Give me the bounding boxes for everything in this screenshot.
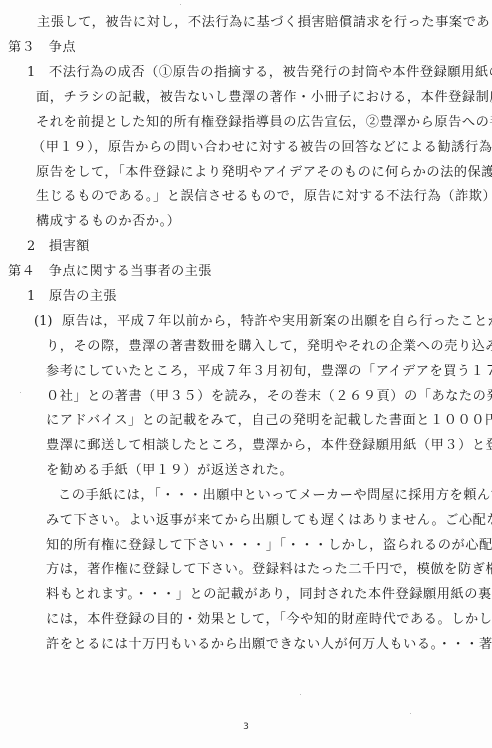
scan-speck [300,694,301,695]
body-text-line: 豊澤に郵送して相談したところ，豊澤から，本件登録願用紙（甲３）と登録 [46,438,492,454]
body-text-line: 面，チラシの記載，被告ないし豊澤の著作・小冊子における，本件登録制度や [36,90,492,106]
body-text-line: 原告をして，「本件登録により発明やアイデアそのものに何らかの法的保護が [36,165,492,181]
subheading-damages: 損害額 [49,239,90,255]
body-text-line: を勧める手紙（甲１９）が返送された。 [46,463,293,479]
body-text-line: 料もとれます。・・・」との記載があり，同封された本件登録願用紙の裏面 [46,587,492,603]
scan-speck [180,4,181,5]
body-text-line: には，本件登録の目的・効果として，「今や知的財産時代である。しかし特 [46,612,492,628]
body-text-line: この手紙には，「・・・出願中といってメーカーや問屋に採用方を頼んで [58,488,492,504]
item-number: 1 [27,289,35,305]
section-heading-3: 第３ 争点 [8,40,76,56]
scan-speck [275,103,276,104]
scan-speck [432,198,433,199]
body-text-line: 生じるものである。」と誤信させるもので，原告に対する不法行為（詐欺）を [36,189,492,205]
body-text-line: みて下さい。よい返事が来てから出願しても遅くはありません。ご心配なら [46,513,492,529]
body-text-line: 原告は，平成７年以前から，特許や実用新案の出願を自ら行ったことがあ [62,314,492,330]
body-text-line: （甲１９），原告からの問い合わせに対する被告の回答などによる勧誘行為が， [32,140,492,156]
scan-speck [20,392,21,393]
scan-speck [310,13,311,14]
subheading-plaintiff-claims: 原告の主張 [49,289,117,305]
body-text-line: 知的所有権に登録して下さい・・・」「・・・しかし，盗られるのが心配な [46,538,492,554]
item-number: 1 [27,65,35,81]
body-text-line: り，その際，豊澤の著書数冊を購入して，発明やそれの企業への売り込みの [46,339,492,355]
scan-speck [410,713,411,714]
body-text-line: それを前提とした知的所有権登録指導員の広告宣伝，②豊澤から原告への手紙 [36,115,492,131]
scan-speck [16,266,17,267]
body-text-line: ０社」との著書（甲３５）を読み，その巻末（２６９頁）の「あなたの発明 [46,389,492,405]
section-heading-4: 第４ 争点に関する当事者の主張 [8,264,212,280]
body-text-line: 不法行為の成否（①原告の指摘する，被告発行の封筒や本件登録願用紙の裏 [49,65,492,81]
item-number: 2 [27,239,35,255]
paragraph-marker: (1) [34,314,52,330]
body-text-line: 構成するものか否か。） [36,214,181,230]
page-number: 3 [0,722,492,732]
body-text-line: 方は，著作権に登録して下さい。登録料はたった二千円で，模倣を防ぎ権利 [46,562,492,578]
body-text-line: 許をとるには十万円もいるから出願できない人が何万人もいる。・・・著作 [46,637,492,653]
document-page: 主張して，被告に対し，不法行為に基づく損害賠償請求を行った事案である。 第３ 争… [0,0,492,748]
body-text-line: 参考にしていたところ，平成７年３月初旬，豊澤の「アイデアを買う１７０ [46,364,492,380]
body-text-line: にアドバイス」との記載をみて，自己の発明を記載した書面と１０００円を [46,413,492,429]
body-text-line: 主張して，被告に対し，不法行為に基づく損害賠償請求を行った事案である。 [37,15,492,31]
